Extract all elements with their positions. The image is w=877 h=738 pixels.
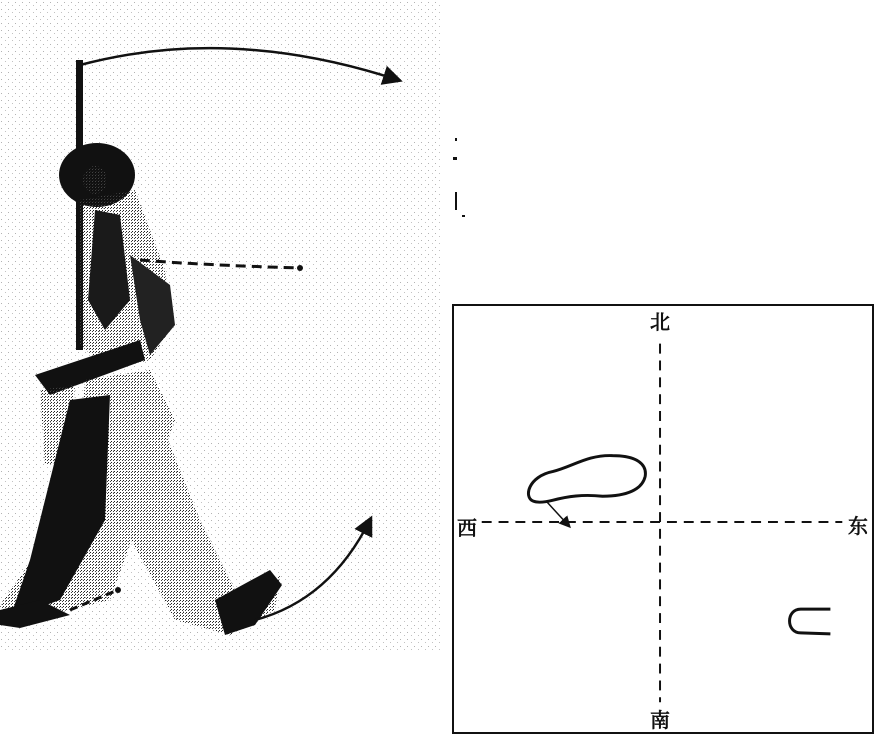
taichi-photo xyxy=(0,0,440,650)
direction-west-label: 西 xyxy=(457,518,477,538)
stray-marks xyxy=(440,120,540,230)
direction-east-label: 东 xyxy=(848,516,868,536)
right-foot-heel-mark xyxy=(790,609,831,634)
direction-north-label: 北 xyxy=(650,312,670,332)
footwork-diagram: 北 南 西 东 xyxy=(452,304,874,734)
left-foot-outline xyxy=(528,456,645,503)
direction-south-label: 南 xyxy=(650,710,670,730)
